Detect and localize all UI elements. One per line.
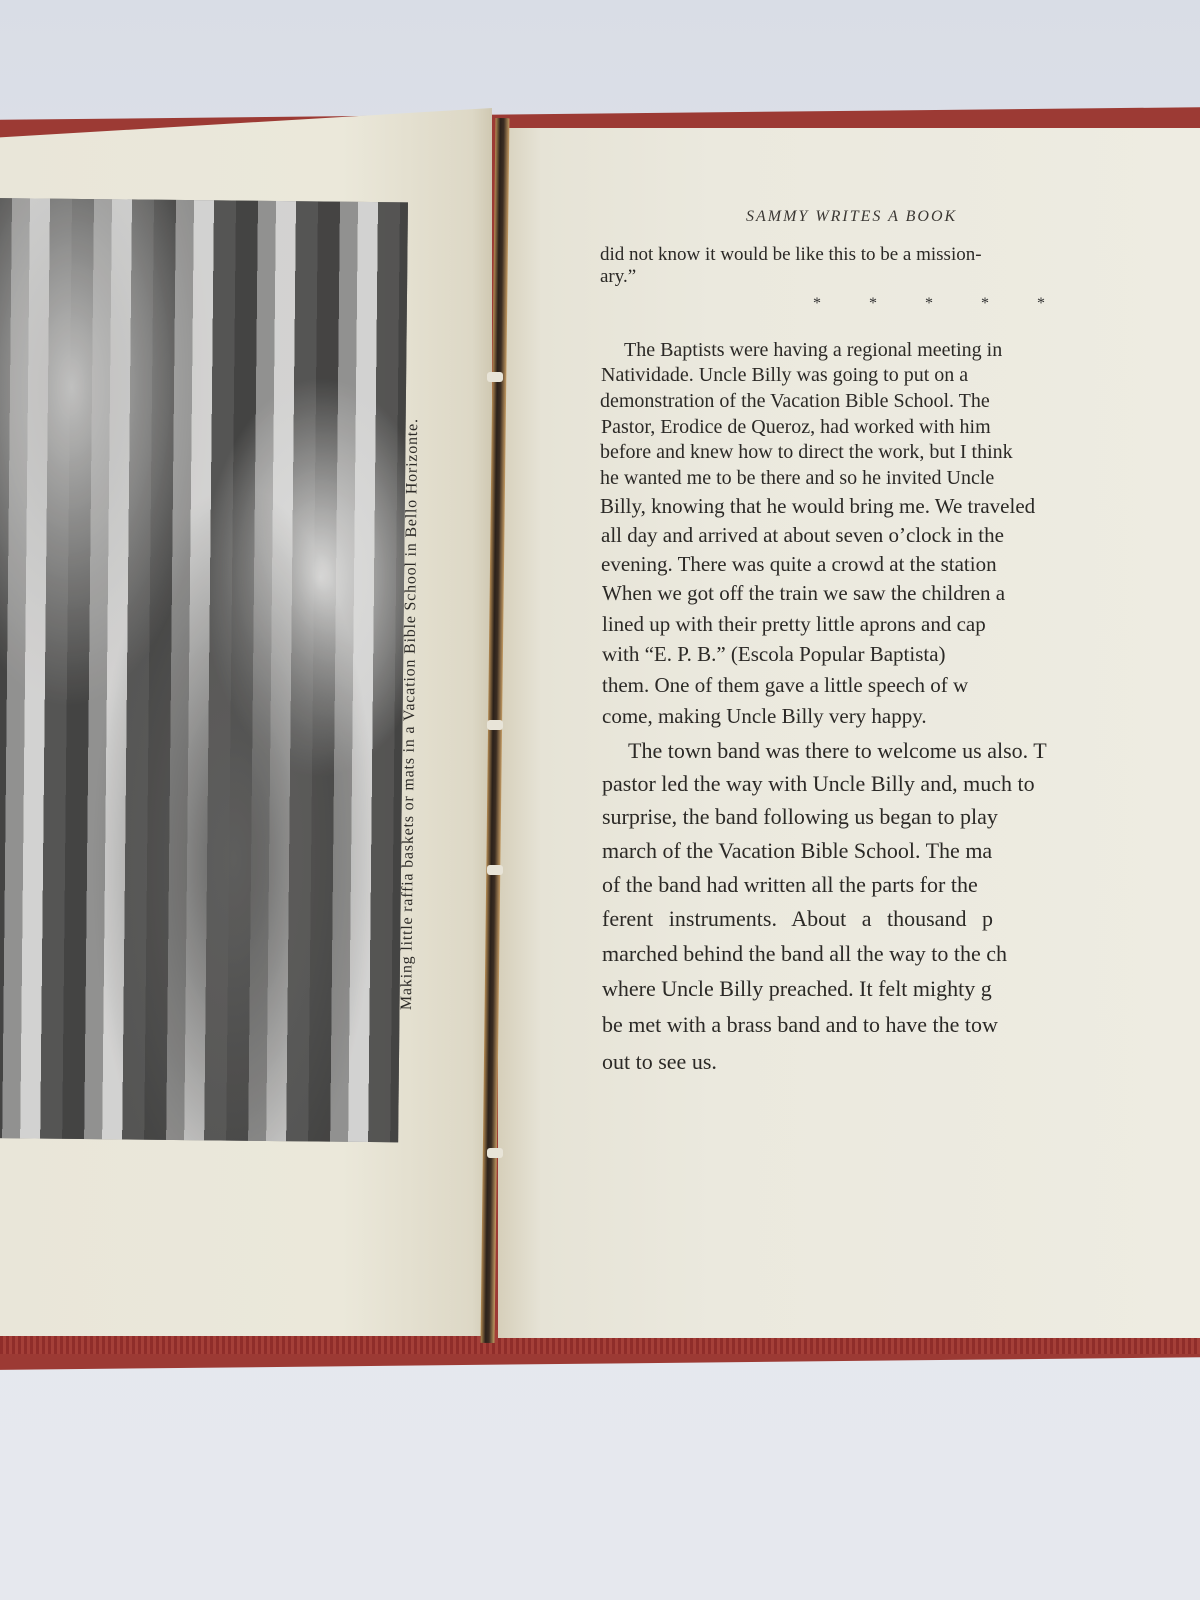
binding-stitch	[487, 1148, 503, 1158]
text-line: Natividade. Uncle Billy was going to put…	[601, 364, 968, 387]
text-line: pastor led the way with Uncle Billy and,…	[602, 771, 1035, 797]
binding-stitch	[487, 720, 503, 730]
text-line: The Baptists were having a regional meet…	[624, 339, 1002, 362]
binding-stitch	[487, 372, 503, 382]
text-line: be met with a brass band and to have the…	[602, 1012, 998, 1038]
text-line: The town band was there to welcome us al…	[628, 738, 1047, 764]
text-line: before and knew how to direct the work, …	[600, 441, 1013, 464]
binding-stitch	[487, 865, 503, 875]
text-line: he wanted me to be there and so he invit…	[600, 467, 994, 490]
text-line: with “E. P. B.” (Escola Popular Baptista…	[602, 642, 946, 667]
text-line: them. One of them gave a little speech o…	[602, 673, 968, 698]
text-line: where Uncle Billy preached. It felt migh…	[602, 976, 992, 1002]
text-line: of the band had written all the parts fo…	[602, 872, 978, 898]
text-line: did not know it would be like this to be…	[600, 244, 982, 266]
text-line: all day and arrived at about seven o’clo…	[601, 523, 1004, 548]
text-line: march of the Vacation Bible School. The …	[602, 838, 992, 864]
text-line: demonstration of the Vacation Bible Scho…	[600, 390, 990, 413]
text-line: come, making Uncle Billy very happy.	[602, 704, 927, 729]
text-line: ary.”	[600, 266, 636, 288]
text-line: ferent instruments. About a thousand p	[602, 906, 993, 932]
text-line: Pastor, Erodice de Queroz, had worked wi…	[601, 416, 991, 439]
section-break: * * * * *	[813, 295, 1067, 313]
running-head: SAMMY WRITES A BOOK	[746, 208, 957, 226]
text-line: out to see us.	[602, 1049, 717, 1075]
text-line: evening. There was quite a crowd at the …	[601, 552, 997, 577]
text-line: marched behind the band all the way to t…	[602, 941, 1007, 967]
text-line: When we got off the train we saw the chi…	[602, 581, 1005, 606]
photo-children-making-baskets	[0, 198, 408, 1142]
text-line: lined up with their pretty little aprons…	[602, 612, 986, 637]
text-line: Billy, knowing that he would bring me. W…	[600, 494, 1035, 519]
text-line: surprise, the band following us began to…	[602, 804, 998, 830]
